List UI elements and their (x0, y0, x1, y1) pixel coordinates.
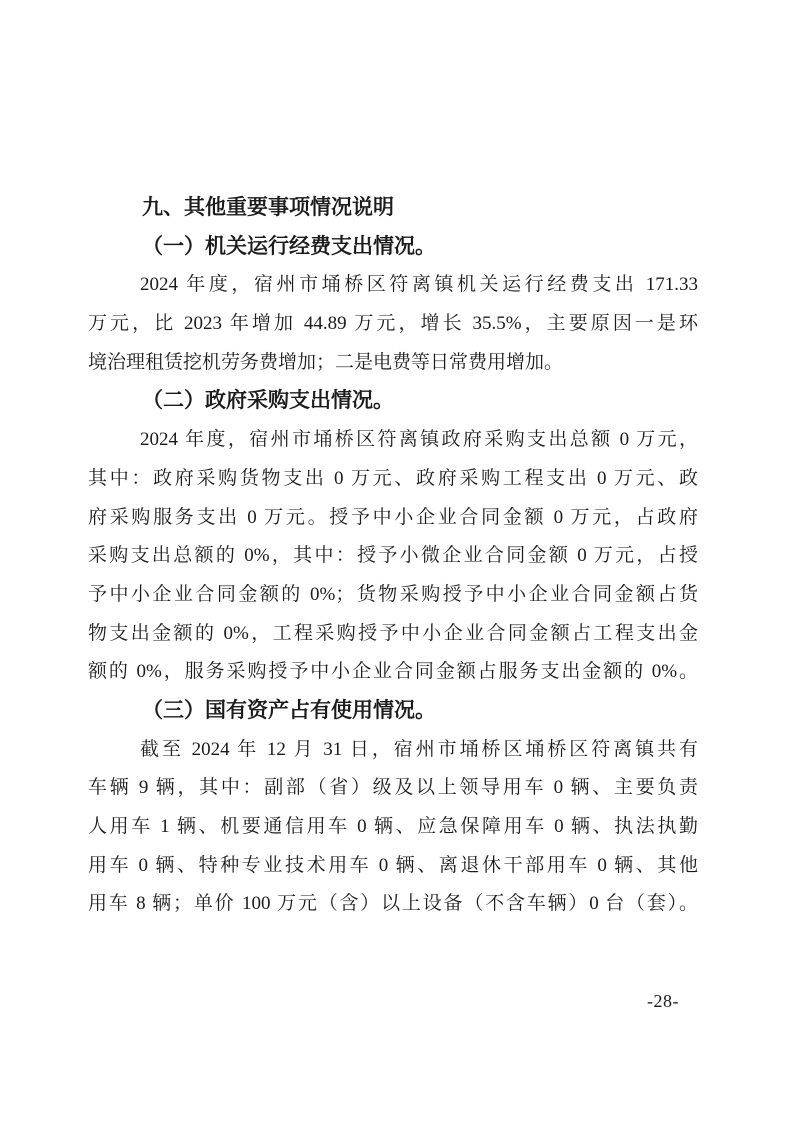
section-main-heading: 九、其他重要事项情况说明 (88, 189, 698, 228)
text-line: 予中小企业合同金额的 0%；货物采购授予中小企业合同金额占货 (88, 576, 698, 615)
text-line: 物支出金额的 0%，工程采购授予中小企业合同金额占工程支出金 (88, 615, 698, 654)
text-line: 府采购服务支出 0 万元。授予中小企业合同金额 0 万元，占政府 (88, 499, 698, 538)
document-page: 九、其他重要事项情况说明（一）机关运行经费支出情况。2024 年度，宿州市埇桥区… (0, 0, 793, 1122)
text-line: 额的 0%，服务采购授予中小企业合同金额占服务支出金额的 0%。 (88, 653, 698, 692)
text-line: 2024 年度，宿州市埇桥区符离镇政府采购支出总额 0 万元， (88, 421, 698, 460)
text-line: 车辆 9 辆，其中：副部（省）级及以上领导用车 0 辆、主要负责 (88, 769, 698, 808)
text-line: 2024 年度，宿州市埇桥区符离镇机关运行经费支出 171.33 (88, 266, 698, 305)
subsection-heading-2: （二）政府采购支出情况。 (88, 382, 698, 421)
text-line: 其中：政府采购货物支出 0 万元、政府采购工程支出 0 万元、政 (88, 460, 698, 499)
text-line: 用车 0 辆、特种专业技术用车 0 辆、离退休干部用车 0 辆、其他 (88, 847, 698, 886)
text-line: 用车 8 辆；单价 100 万元（含）以上设备（不含车辆）0 台（套）。 (88, 885, 698, 924)
page-number: -28- (647, 991, 679, 1012)
text-line: 万元，比 2023 年增加 44.89 万元，增长 35.5%，主要原因一是环 (88, 305, 698, 344)
text-line: 采购支出总额的 0%，其中：授予小微企业合同金额 0 万元，占授 (88, 537, 698, 576)
text-line: 境治理租赁挖机劳务费增加；二是电费等日常费用增加。 (88, 344, 698, 383)
document-body: 九、其他重要事项情况说明（一）机关运行经费支出情况。2024 年度，宿州市埇桥区… (88, 189, 698, 924)
subsection-heading-1: （一）机关运行经费支出情况。 (88, 228, 698, 267)
text-line: 人用车 1 辆、机要通信用车 0 辆、应急保障用车 0 辆、执法执勤 (88, 808, 698, 847)
text-line: 截至 2024 年 12 月 31 日，宿州市埇桥区埇桥区符离镇共有 (88, 731, 698, 770)
subsection-heading-3: （三）国有资产占有使用情况。 (88, 692, 698, 731)
